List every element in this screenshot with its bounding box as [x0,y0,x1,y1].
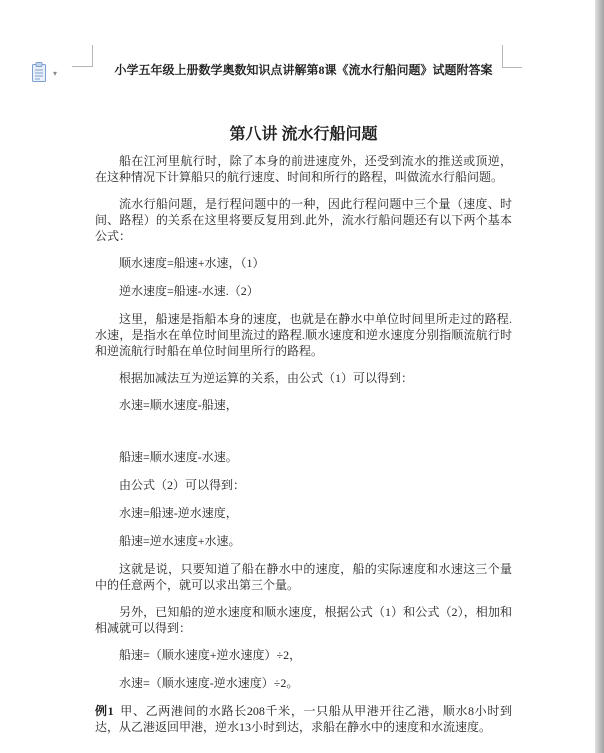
clipboard-paste-icon [30,62,49,84]
paragraph-derive-2-intro: 由公式（2）可以得到： [119,477,512,493]
paragraph-definitions: 这里，船速是指船本身的速度，也就是在静水中单位时间里所走过的路程.水速，是指水在… [95,311,512,359]
document-title: 小学五年级上册数学奥数知识点讲解第8课《流水行船问题》试题附答案 [95,61,512,79]
paragraph-intro: 船在江河里航行时，除了本身的前进速度外，还受到流水的推送或顶逆，在这种情况下计算… [95,153,512,185]
text-boundary-mark-top-left [72,45,93,67]
paragraph-addition: 另外，已知船的逆水速度和顺水速度，根据公式（1）和公式（2），相加和相减就可以得… [95,604,512,636]
paste-options-button[interactable]: ▾ [30,62,57,84]
paragraph-formula-intro: 流水行船问题，是行程问题中的一种，因此行程问题中三个量（速度、时间、路程）的关系… [95,196,512,244]
document-page: 小学五年级上册数学奥数知识点讲解第8课《流水行船问题》试题附答案 第八讲 流水行… [95,61,512,735]
chevron-down-icon[interactable]: ▾ [53,68,57,78]
formula-water-speed-2: 水速=船速-逆水速度， [119,505,512,521]
formula-upstream-speed: 逆水速度=船速-水速.（2） [119,283,512,299]
formula-average-boat-speed: 船速=（顺水速度+逆水速度）÷2， [119,647,512,663]
section-heading: 第八讲 流水行船问题 [95,125,512,145]
example-1-paragraph: 例1甲、乙两港间的水路长208千米，一只船从甲港开往乙港，顺水8小时到达，从乙港… [95,703,512,735]
paragraph-derive-1-intro: 根据加减法互为逆运算的关系，由公式（1）可以得到： [95,370,512,386]
formula-water-speed-1: 水速=顺水速度-船速， [119,397,512,413]
formula-average-water-speed: 水速=（顺水速度-逆水速度）÷2。 [119,675,512,691]
example-1-text: 甲、乙两港间的水路长208千米，一只船从甲港开往乙港，顺水8小时到达，从乙港返回… [95,704,512,734]
window-edge-strip [595,0,604,753]
example-1-label: 例1 [95,704,114,718]
formula-boat-speed-2: 船速=逆水速度+水速。 [119,533,512,549]
paragraph-summary: 这就是说，只要知道了船在静水中的速度，船的实际速度和水速这三个量中的任意两个，就… [95,561,512,593]
formula-boat-speed-1: 船速=顺水速度-水速。 [119,449,512,465]
formula-downstream-speed: 顺水速度=船速+水速，（1） [119,255,512,271]
